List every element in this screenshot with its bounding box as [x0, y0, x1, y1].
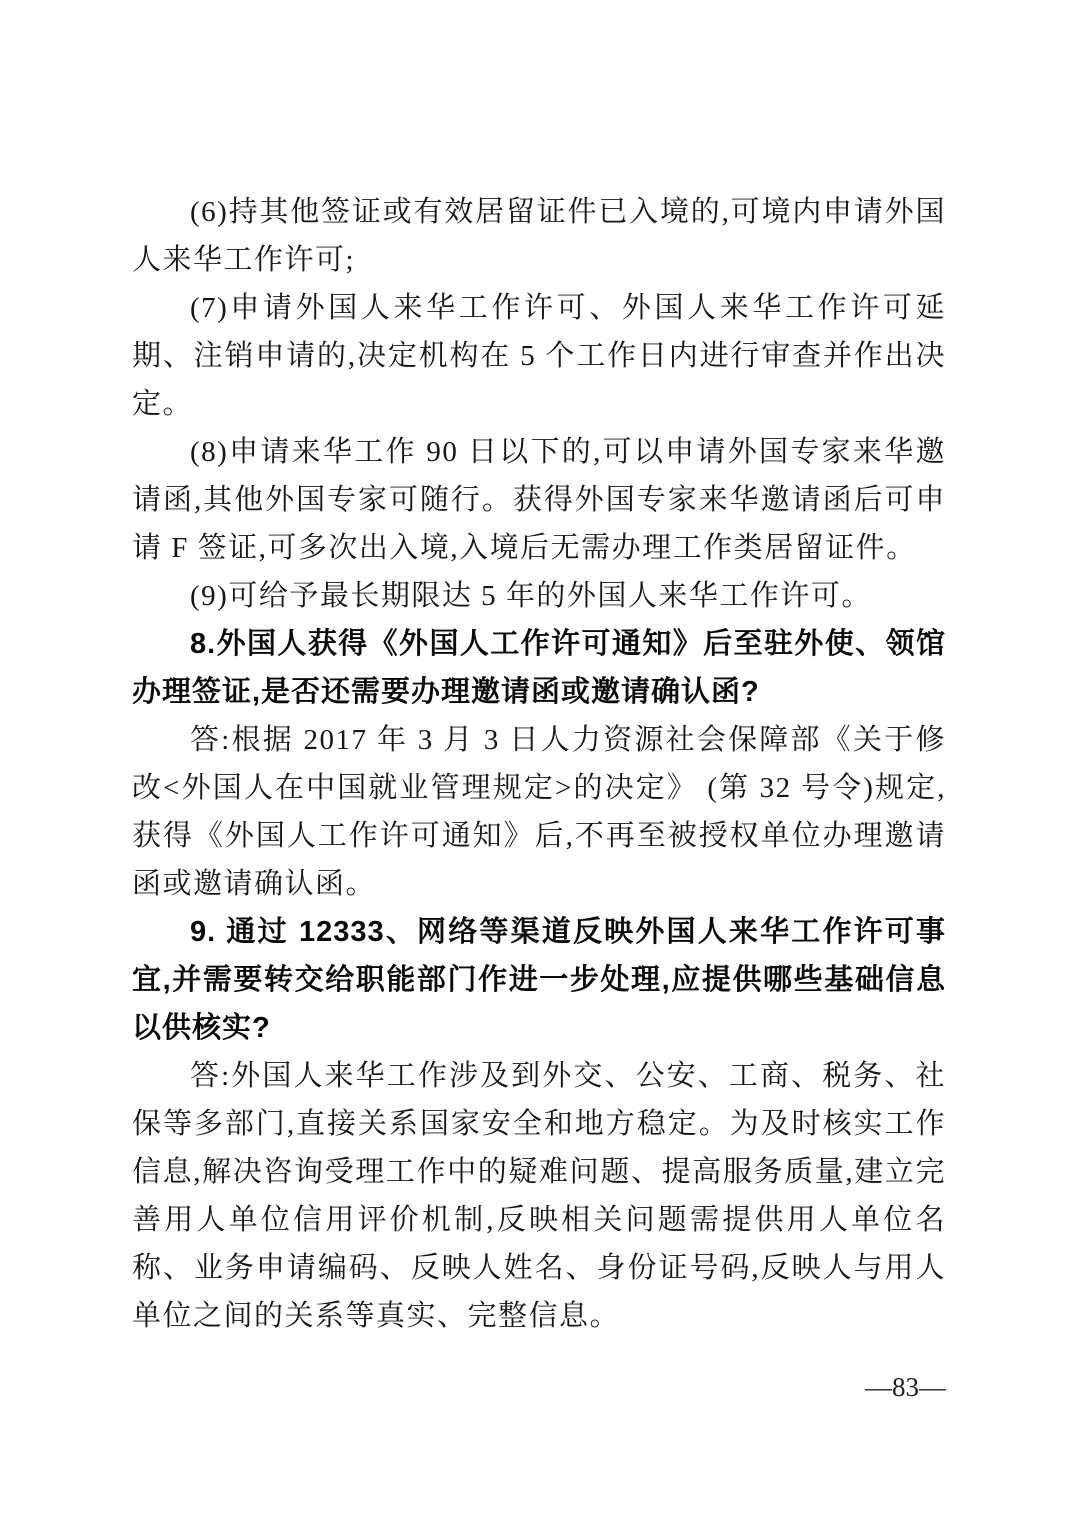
- document-page: (6)持其他签证或有效居留证件已入境的,可境内申请外国人来华工作许可; (7)申…: [0, 0, 1074, 1520]
- answer-9-paragraph: 答:外国人来华工作涉及到外交、公安、工商、税务、社保等多部门,直接关系国家安全和…: [132, 1052, 946, 1340]
- answer-8-paragraph: 答:根据 2017 年 3 月 3 日人力资源社会保障部《关于修改<外国人在中国…: [132, 716, 946, 908]
- list-item-6: (6)持其他签证或有效居留证件已入境的,可境内申请外国人来华工作许可;: [132, 188, 946, 284]
- document-body: (6)持其他签证或有效居留证件已入境的,可境内申请外国人来华工作许可; (7)申…: [132, 188, 946, 1340]
- list-item-7: (7)申请外国人来华工作许可、外国人来华工作许可延期、注销申请的,决定机构在 5…: [132, 284, 946, 428]
- page-number: —83—: [865, 1372, 946, 1402]
- list-item-8: (8)申请来华工作 90 日以下的,可以申请外国专家来华邀请函,其他外国专家可随…: [132, 428, 946, 572]
- question-8-heading: 8.外国人获得《外国人工作许可通知》后至驻外使、领馆办理签证,是否还需要办理邀请…: [132, 620, 946, 716]
- page-footer: —83—: [132, 1372, 946, 1403]
- list-item-9: (9)可给予最长期限达 5 年的外国人来华工作许可。: [132, 572, 946, 620]
- question-9-heading: 9. 通过 12333、网络等渠道反映外国人来华工作许可事宜,并需要转交给职能部…: [132, 908, 946, 1052]
